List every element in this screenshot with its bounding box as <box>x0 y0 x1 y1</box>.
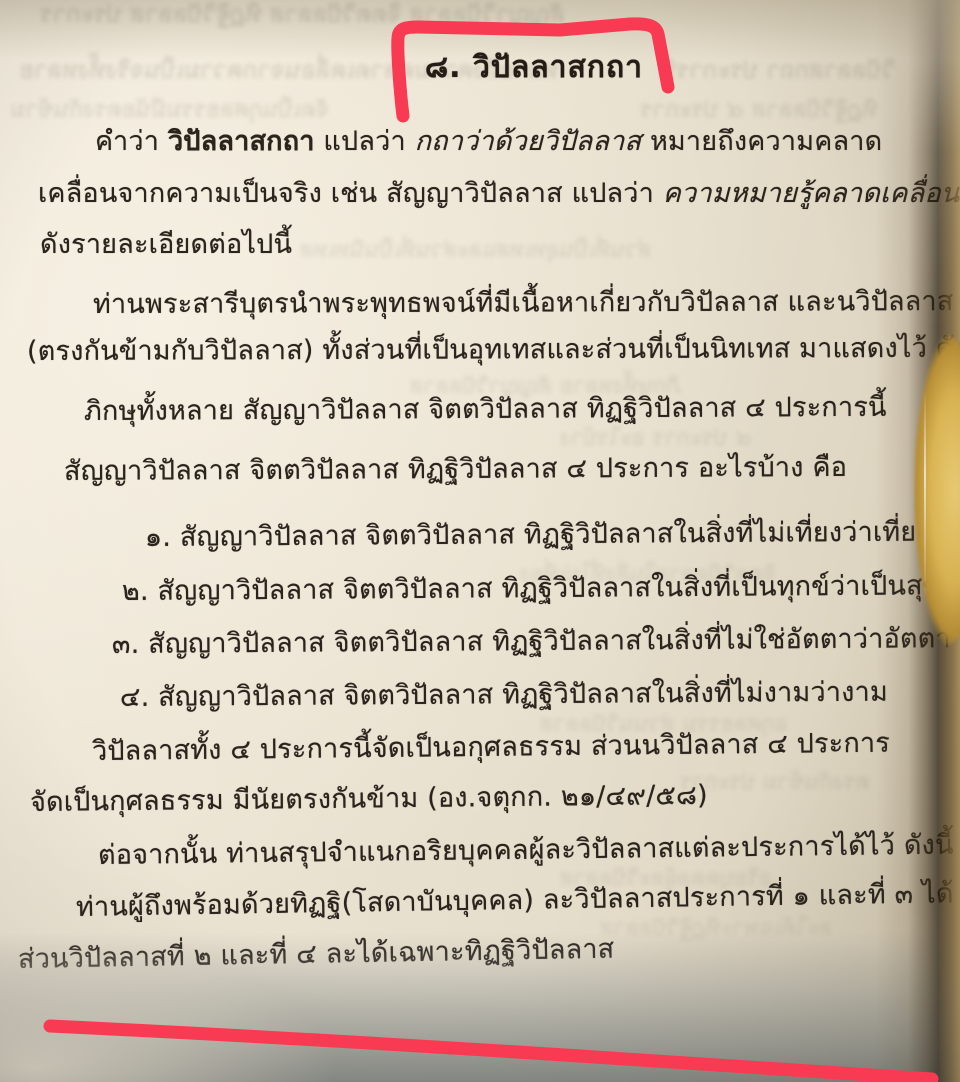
bleedthrough-text: วิปัลลาสกถา ประการนี้ <box>660 50 895 89</box>
text-segment: จัดเป็นกุศลธรรม มีนัยตรงกันข้าม (อง.จตุก… <box>30 780 708 818</box>
text-segment: วิปัลลาสทั้ง ๔ ประการนี้จัดเป็นอกุศลธรรม… <box>92 728 890 767</box>
text-line: (ตรงกันข้ามกับวิปัลลาส) ทั้งส่วนที่เป็นอ… <box>27 331 960 371</box>
text-line: วิปัลลาสทั้ง ๔ ประการนี้จัดเป็นอกุศลธรรม… <box>92 726 890 771</box>
book-page-photo: สัญญาวิปัลลาส จิตตวิปัลลาส ทิฏฐิวิปัลลาส… <box>0 0 960 1082</box>
text-line: จัดเป็นกุศลธรรม มีนัยตรงกันข้าม (อง.จตุก… <box>30 778 708 822</box>
text-segment: ๔. สัญญาวิปัลลาส จิตตวิปัลลาส ทิฏฐิวิปัล… <box>120 677 888 713</box>
text-segment: ๑. สัญญาวิปัลลาส จิตตวิปัลลาส ทิฏฐิวิปัล… <box>145 517 930 553</box>
text-line: ท่านพระสารีบุตรนำพระพุทธพจน์ที่มีเนื้อหา… <box>93 284 954 323</box>
text-segment: ๓. สัญญาวิปัลลาส จิตตวิปัลลาส ทิฏฐิวิปัล… <box>112 623 951 660</box>
text-line: ท่านผู้ถึงพร้อมด้วยทิฏฐิ(โสดาบันบุคคล) ล… <box>76 876 954 926</box>
text-segment: สัญญาวิปัลลาส จิตตวิปัลลาส ทิฏฐิวิปัลลาส… <box>64 452 847 487</box>
text-line: คำว่า วิปัลลาสกถา แปลว่า กถาว่าด้วยวิปัล… <box>95 124 882 160</box>
section-heading: ๘. วิปัลลาสกถา <box>425 44 643 91</box>
text-segment: ๒. สัญญาวิปัลลาส จิตตวิปัลลาส ทิฏฐิวิปัล… <box>122 570 942 607</box>
text-line: ๒. สัญญาวิปัลลาส จิตตวิปัลลาส ทิฏฐิวิปัล… <box>122 568 942 610</box>
text-segment: ความหมายรู้คลาดเคลื่อน <box>663 178 960 209</box>
text-line: ดังรายละเอียดต่อไปนี้ <box>40 227 292 263</box>
text-line: ๑. สัญญาวิปัลลาส จิตตวิปัลลาส ทิฏฐิวิปัล… <box>145 515 930 557</box>
text-line: เคลื่อนจากความเป็นจริง เช่น สัญญาวิปัลลา… <box>38 176 959 212</box>
bleedthrough-text: สัญญาวิปัลลาส จิตตวิปัลลาส ทิฏฐิวิปัลลาส… <box>40 0 565 33</box>
text-segment: ต่อจากนั้น ท่านสรุปจำแนกอริยบุคคลผู้ละวิ… <box>98 830 954 871</box>
text-segment: (ตรงกันข้ามกับวิปัลลาส) ทั้งส่วนที่เป็นอ… <box>27 333 960 367</box>
text-segment: วิปัลลาสกถา <box>168 126 315 157</box>
text-segment: แปลว่า <box>315 126 415 157</box>
text-segment: ท่านผู้ถึงพร้อมด้วยทิฏฐิ(โสดาบันบุคคล) ล… <box>76 878 954 923</box>
text-segment: ภิกษุทั้งหลาย สัญญาวิปัลลาส จิตตวิปัลลาส… <box>84 392 887 427</box>
text-line: ต่อจากนั้น ท่านสรุปจำแนกอริยบุคคลผู้ละวิ… <box>98 828 954 875</box>
bleedthrough-text: ตรงกันข้าม ประการ <box>680 764 870 799</box>
text-line: ส่วนวิปัลลาสที่ ๒ และที่ ๔ ละได้เฉพาะทิฏ… <box>18 932 615 979</box>
text-segment: หมายถึงความคลาด <box>641 126 882 157</box>
bleedthrough-text: ส่วนที่เป็นอุทเทสและส่วนที่เป็นนิทเทส <box>300 232 651 267</box>
red-underline-annotation <box>50 1026 932 1079</box>
text-line: ๓. สัญญาวิปัลลาส จิตตวิปัลลาส ทิฏฐิวิปัล… <box>112 621 951 663</box>
text-segment: คำว่า <box>95 126 168 157</box>
text-segment: ดังรายละเอียดต่อไปนี้ <box>40 229 292 260</box>
text-line: สัญญาวิปัลลาส จิตตวิปัลลาส ทิฏฐิวิปัลลาส… <box>64 450 847 491</box>
text-line: ๔. สัญญาวิปัลลาส จิตตวิปัลลาส ทิฏฐิวิปัล… <box>120 675 888 717</box>
bleedthrough-text: จัดเป็นกุศลธรรมมีนัยตรงกันข้าม <box>10 92 329 128</box>
text-segment: กถาว่าด้วยวิปัลลาส <box>415 126 642 157</box>
text-segment: เคลื่อนจากความเป็นจริง เช่น สัญญาวิปัลลา… <box>38 178 663 209</box>
text-line: ภิกษุทั้งหลาย สัญญาวิปัลลาส จิตตวิปัลลาส… <box>84 390 887 431</box>
bleedthrough-text: ทิฏฐิวิปัลลาส ๔ ประการ <box>640 92 878 128</box>
text-segment: ท่านพระสารีบุตรนำพระพุทธพจน์ที่มีเนื้อหา… <box>93 286 954 320</box>
text-segment: ส่วนวิปัลลาสที่ ๒ และที่ ๔ ละได้เฉพาะทิฏ… <box>18 934 615 975</box>
